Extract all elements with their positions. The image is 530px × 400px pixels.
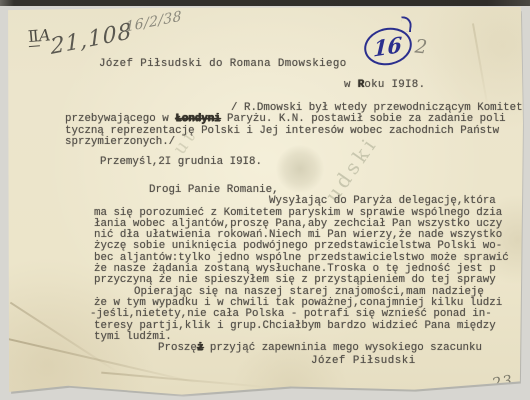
note-line: sprzymierzonych./ xyxy=(65,137,530,148)
circled-document-number: 16 xyxy=(361,23,416,69)
year-prefix: w xyxy=(344,79,358,91)
pencil-page-number: 23 xyxy=(491,371,515,392)
struck-out-word: Łondyni xyxy=(175,113,220,125)
closing-text: Proszę xyxy=(158,342,197,354)
body-line: przyczyną że nie spieszyłem się z przyst… xyxy=(94,275,509,286)
closing-text: przyjąć zapewninia mego wysokiego szacun… xyxy=(203,342,482,354)
body-line: -jeśli,nietety,nie cała Polska - potrafi… xyxy=(90,309,509,320)
archival-number-handwritten: 21,108 xyxy=(50,19,133,60)
scan-edge-strip xyxy=(0,0,530,6)
paper-crease xyxy=(472,23,489,112)
body-line: Wysyłając do Paryża delegację,która xyxy=(269,196,509,207)
note-line: przebywającego w Łondyni Paryżu. K.N. po… xyxy=(65,114,530,125)
year-rest: oku I9I8. xyxy=(364,79,425,91)
letter-page: udski ut ⅡA. 21,108 16/2/38 16 2 Józef P… xyxy=(6,7,523,395)
note-text: przebywającego w xyxy=(65,113,175,125)
document-title: Józef Piłsudski do Romana Dmowskiego xyxy=(99,59,347,70)
archival-date-handwritten: 16/2/38 xyxy=(125,8,182,35)
document-year-line: w Roku I9I8. xyxy=(344,80,425,91)
signature: Józef Piłsudski xyxy=(311,356,416,367)
circled-number-value: 16 xyxy=(373,33,403,59)
editorial-note: / R.Dmowski był wtedy przewodniczącym Ko… xyxy=(65,103,530,148)
place-dateline: Przemyśl,2I grudnia I9I8. xyxy=(100,157,262,168)
pencil-copy-number: 2 xyxy=(414,35,428,58)
note-text: Paryżu. K.N. postawił sobie za zadanie p… xyxy=(221,113,506,125)
closing-line: Proszęż przyjąć zapewninia mego wysokieg… xyxy=(158,343,509,354)
letter-body: Drogi Panie Romanie, Wysyłając do Paryża… xyxy=(68,185,509,354)
paper-crease xyxy=(101,372,270,388)
